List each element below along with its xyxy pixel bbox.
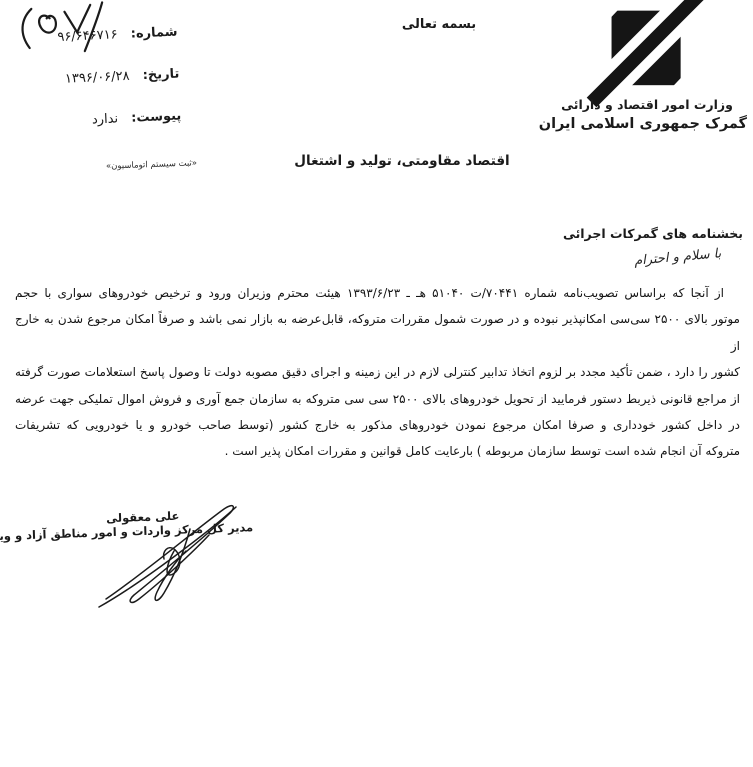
body-line: از آنجا که براساس تصویب‌نامه شماره ۷۰۴۴۱… — [15, 280, 740, 306]
number-value: ۹۶/۶۴۶۷۱۶ — [57, 27, 118, 45]
date-value: ۱۳۹۶/۰۶/۲۸ — [65, 69, 130, 87]
scanned-letter-page: شماره: ۹۶/۶۴۶۷۱۶ تاریخ: ۱۳۹۶/۰۶/۲۸ پیوست… — [0, 0, 753, 767]
date-label: تاریخ: — [142, 67, 179, 84]
body-line: موتور بالای ۲۵۰۰ سی‌سی امکانپذیر نبوده و… — [15, 306, 740, 359]
customs-emblem-icon — [607, 4, 687, 90]
attachment-value: ندارد — [92, 111, 119, 127]
letter-heading: بخشنامه های گمرکات اجرائی — [563, 226, 743, 241]
letter-body: از آنجا که براساس تصویب‌نامه شماره ۷۰۴۴۱… — [15, 280, 740, 465]
body-line: از مراجع قانونی ذیربط دستور فرمایید از ت… — [15, 386, 740, 412]
besmeleh-text: بسمه تعالی — [383, 17, 495, 32]
body-line: کشور را دارد ، ضمن تأکید مجدد بر لزوم ات… — [15, 359, 740, 385]
letterhead: وزارت امور اقتصاد و دارائی گمرک جمهوری ا… — [547, 4, 747, 132]
body-line: در داخل کشور خودداری و صرفا امکان مرجوع … — [15, 412, 740, 438]
body-line: متروکه آن انجام شده است توسط سازمان مربو… — [15, 438, 740, 464]
ministry-name: وزارت امور اقتصاد و دارائی — [547, 97, 747, 112]
signature-icon — [94, 499, 246, 613]
letter-meta: شماره: ۹۶/۶۴۶۷۱۶ تاریخ: ۱۳۹۶/۰۶/۲۸ پیوست… — [23, 24, 183, 157]
meta-date: تاریخ: ۱۳۹۶/۰۶/۲۸ — [25, 66, 180, 90]
automation-registration-note: «ثبت سیستم اتوماسیون» — [104, 158, 199, 171]
handwritten-greeting: با سلام و احترام — [633, 246, 721, 269]
meta-attachment: پیوست: ندارد — [27, 107, 182, 131]
year-slogan: اقتصاد مقاومتی، تولید و اشتغال — [288, 153, 516, 169]
organization-name: گمرک جمهوری اسلامی ایران — [547, 116, 747, 132]
attachment-label: پیوست: — [131, 108, 182, 125]
number-label: شماره: — [130, 25, 177, 42]
